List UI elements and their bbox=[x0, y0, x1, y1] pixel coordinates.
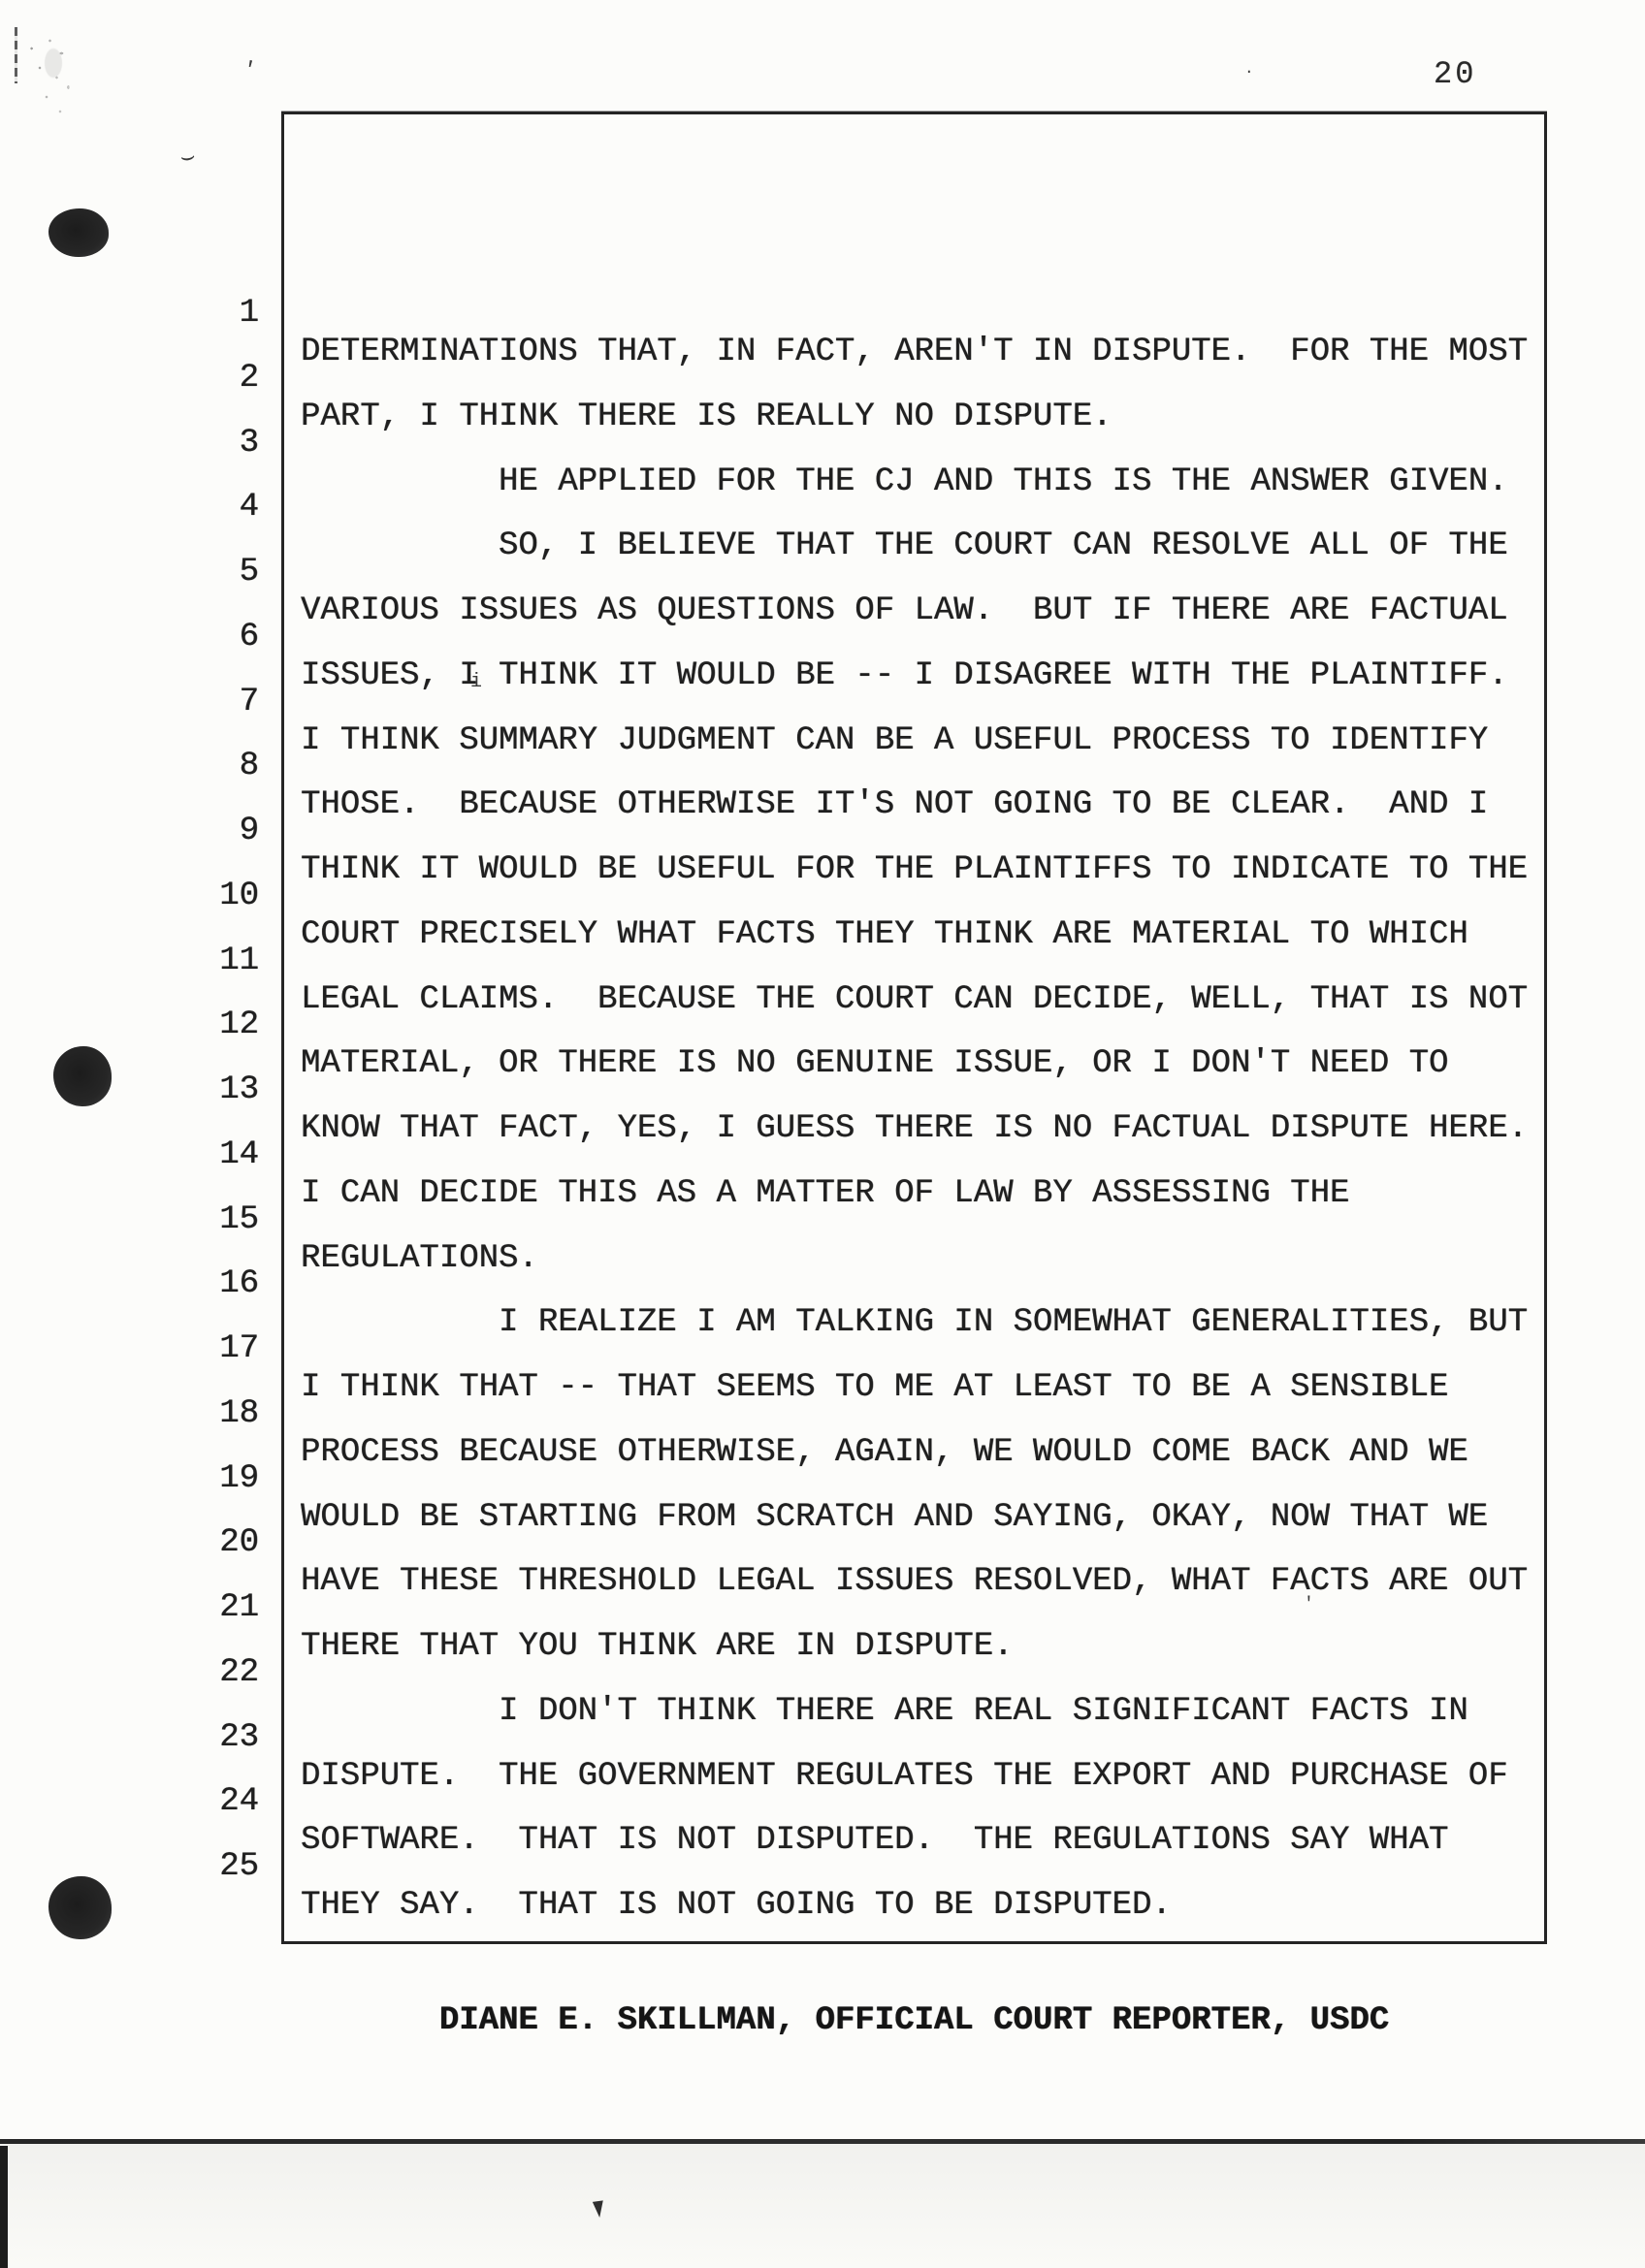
line-text: THEY SAY. THAT IS NOT GOING TO BE DISPUT… bbox=[301, 1886, 1172, 1925]
transcript-line: 24 SOFTWARE. THAT IS NOT DISPUTED. THE R… bbox=[0, 1743, 1645, 1782]
scanned-transcript-page: ' · ⌣ i ´ ' 20 1 DETERMINATIONS THAT, IN… bbox=[0, 0, 1645, 2268]
transcript-line: 23 DISPUTE. THE GOVERNMENT REGULATES THE… bbox=[0, 1679, 1645, 1718]
transcript-line: 25 THEY SAY. THAT IS NOT GOING TO BE DIS… bbox=[0, 1808, 1645, 1847]
transcript-line: 10 COURT PRECISELY WHAT FACTS THEY THINK… bbox=[0, 838, 1645, 877]
transcript-line: 20 HAVE THESE THRESHOLD LEGAL ISSUES RES… bbox=[0, 1485, 1645, 1523]
transcript-line: 3 HE APPLIED FOR THE CJ AND THIS IS THE … bbox=[0, 385, 1645, 424]
transcript-line: 4 SO, I BELIEVE THAT THE COURT CAN RESOL… bbox=[0, 449, 1645, 488]
transcript-line: 9 THINK IT WOULD BE USEFUL FOR THE PLAIN… bbox=[0, 773, 1645, 812]
transcript-line: 14 I CAN DECIDE THIS AS A MATTER OF LAW … bbox=[0, 1097, 1645, 1135]
transcript-line: 18 PROCESS BECAUSE OTHERWISE, AGAIN, WE … bbox=[0, 1356, 1645, 1394]
transcript-line: 7 I THINK SUMMARY JUDGMENT CAN BE A USEF… bbox=[0, 644, 1645, 683]
transcript-line: 6 ISSUES, I THINK IT WOULD BE -- I DISAG… bbox=[0, 579, 1645, 618]
transcript-lines: 1 DETERMINATIONS THAT, IN FACT, AREN'T I… bbox=[0, 0, 1645, 2268]
transcript-line: 16 I REALIZE I AM TALKING IN SOMEWHAT GE… bbox=[0, 1226, 1645, 1264]
transcript-line: 13 KNOW THAT FACT, YES, I GUESS THERE IS… bbox=[0, 1032, 1645, 1070]
transcript-line: 17 I THINK THAT -- THAT SEEMS TO ME AT L… bbox=[0, 1291, 1645, 1329]
transcript-line: 2 PART, I THINK THERE IS REALLY NO DISPU… bbox=[0, 320, 1645, 359]
line-number: 25 bbox=[136, 1847, 259, 1886]
transcript-line: 22 I DON'T THINK THERE ARE REAL SIGNIFIC… bbox=[0, 1614, 1645, 1653]
transcript-line: 1 DETERMINATIONS THAT, IN FACT, AREN'T I… bbox=[0, 255, 1645, 294]
scan-artifact bbox=[593, 2200, 605, 2218]
reporter-footer: DIANE E. SKILLMAN, OFFICIAL COURT REPORT… bbox=[281, 2001, 1547, 2040]
bottom-strip bbox=[0, 2144, 1645, 2268]
scan-edge-bar bbox=[0, 2146, 8, 2268]
transcript-line: 12 MATERIAL, OR THERE IS NO GENUINE ISSU… bbox=[0, 967, 1645, 1006]
transcript-line: 19 WOULD BE STARTING FROM SCRATCH AND SA… bbox=[0, 1421, 1645, 1459]
transcript-line: 5 VARIOUS ISSUES AS QUESTIONS OF LAW. BU… bbox=[0, 514, 1645, 553]
transcript-line: 11 LEGAL CLAIMS. BECAUSE THE COURT CAN D… bbox=[0, 903, 1645, 942]
transcript-line: 21 THERE THAT YOU THINK ARE IN DISPUTE. bbox=[0, 1549, 1645, 1588]
transcript-line: 15 REGULATIONS. bbox=[0, 1162, 1645, 1200]
transcript-line: 8 THOSE. BECAUSE OTHERWISE IT'S NOT GOIN… bbox=[0, 708, 1645, 747]
